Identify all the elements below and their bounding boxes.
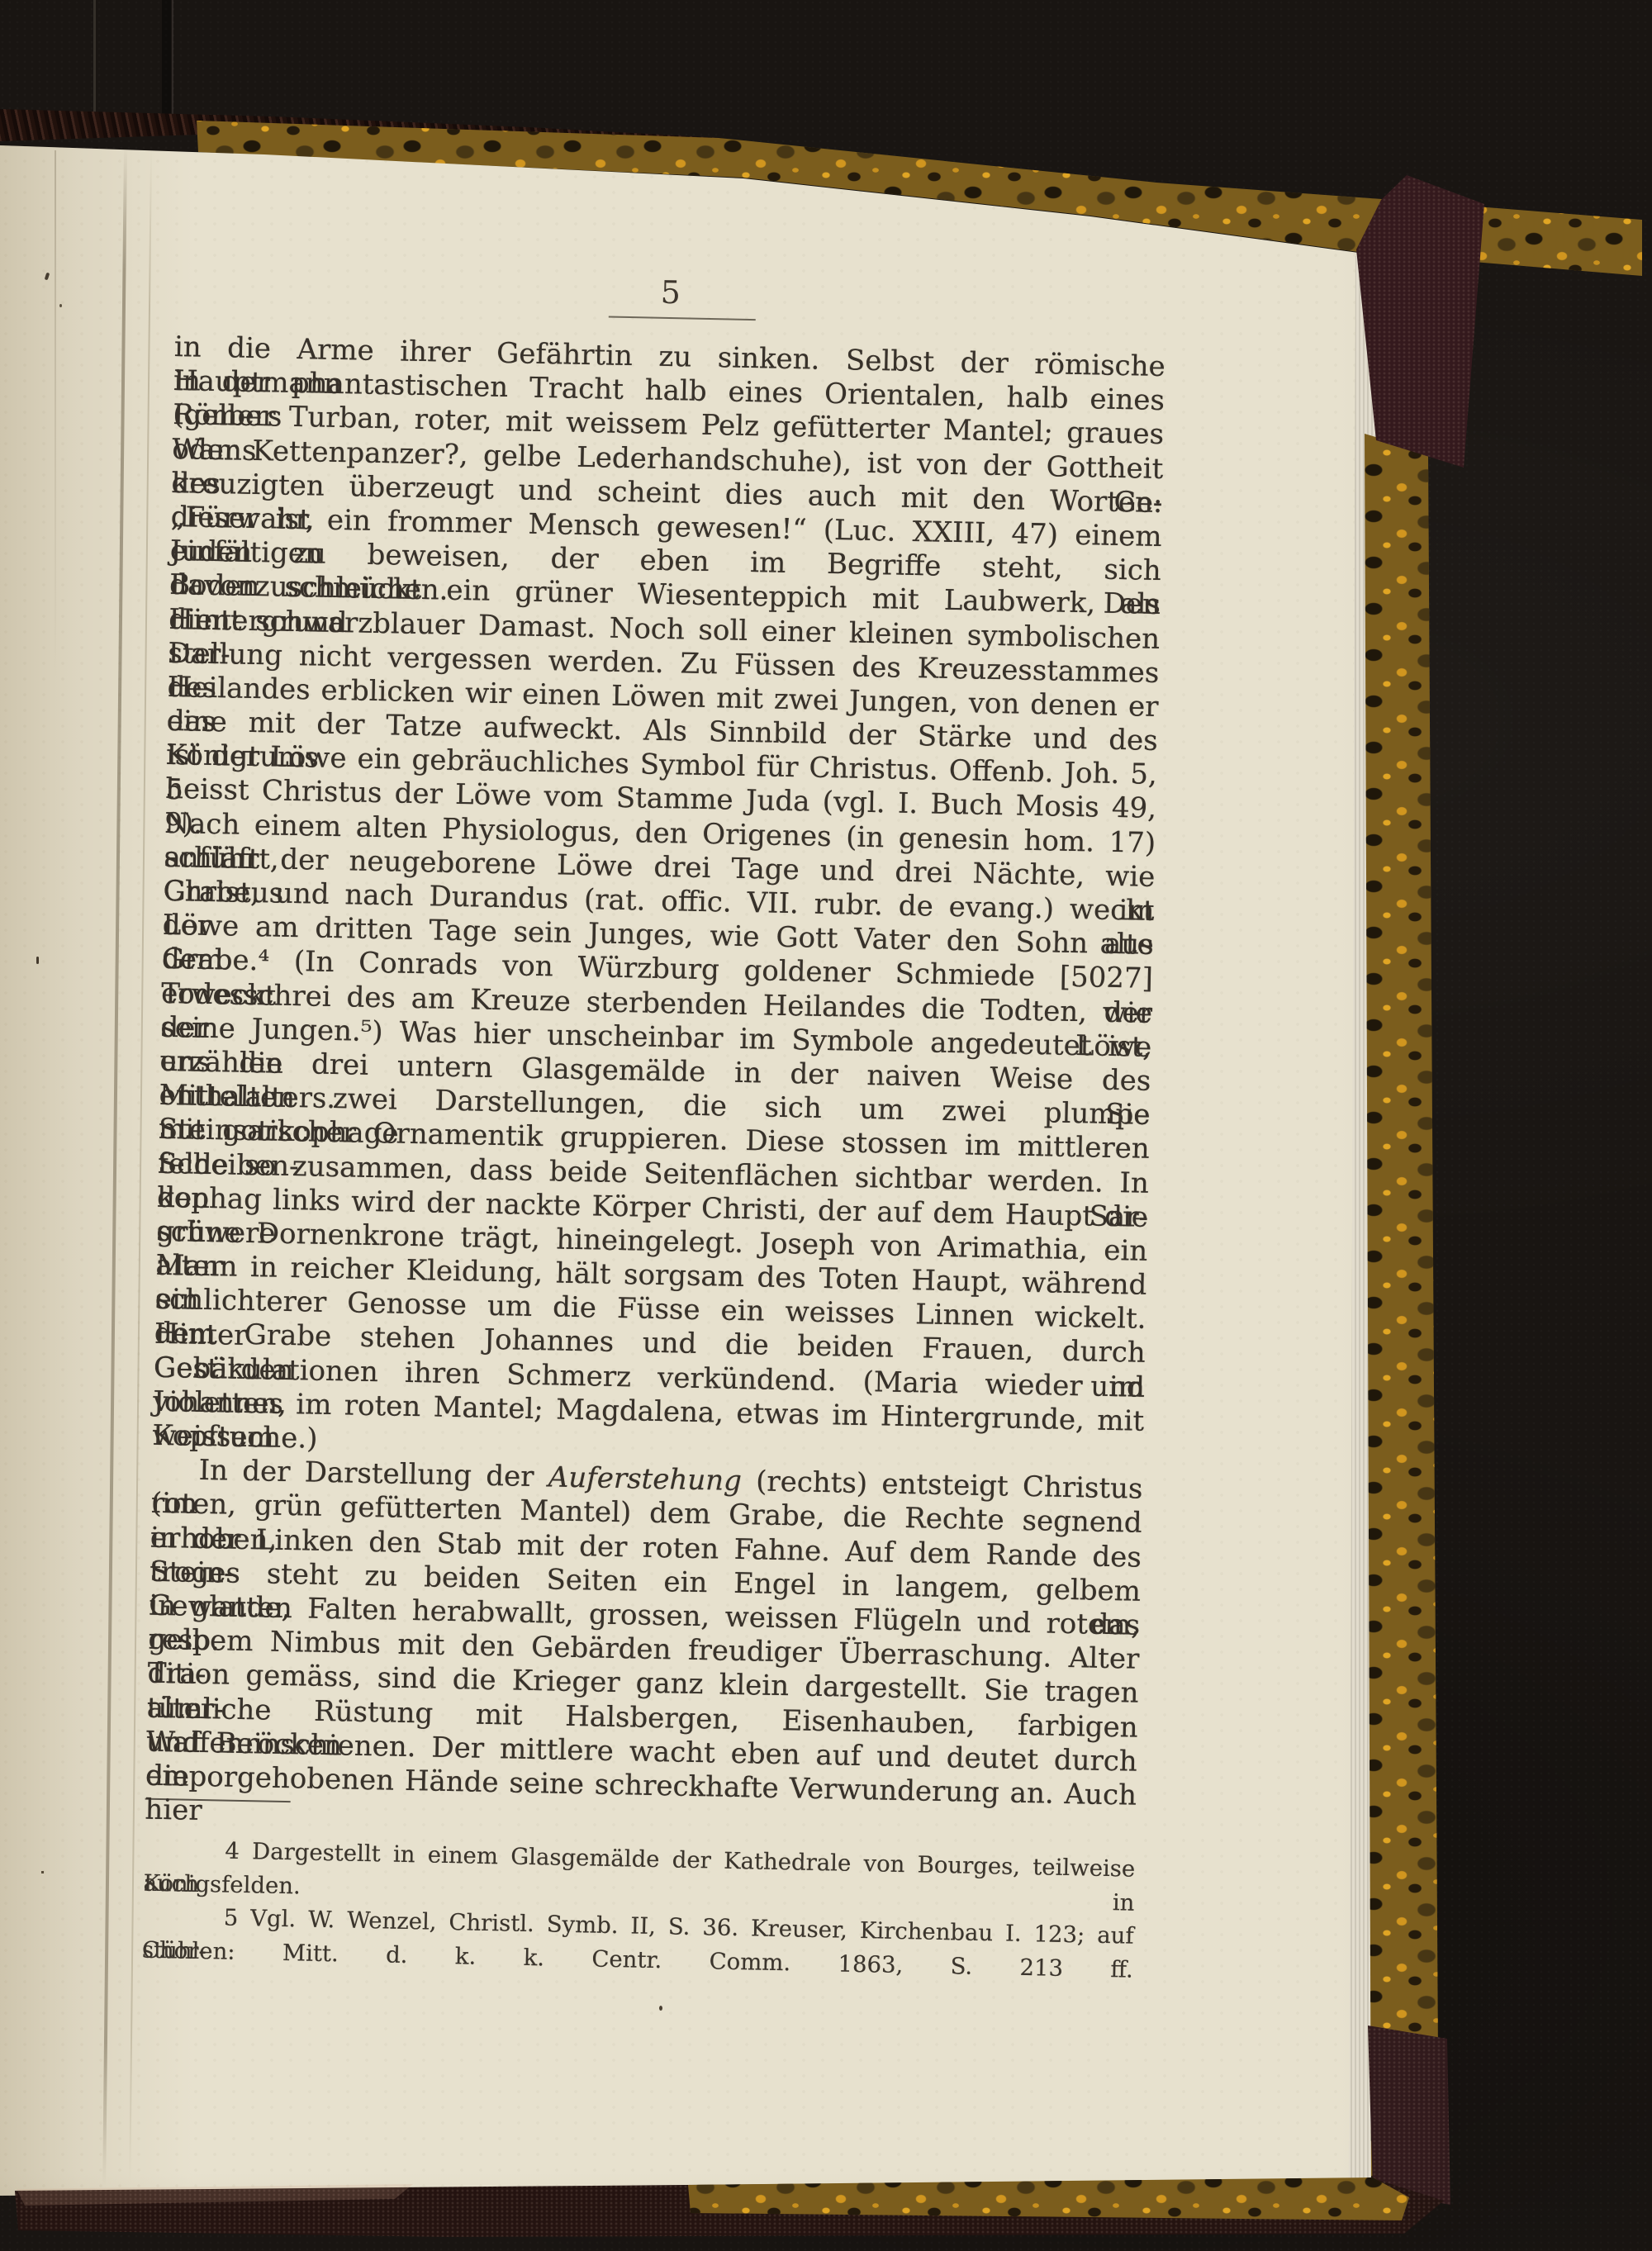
scanned-book-page: 5 in die Arme ihrer Gefährtin zu sinken.… — [0, 0, 1652, 2251]
ink-speck — [59, 304, 62, 307]
cover-groove-highlight — [93, 0, 96, 121]
cover-groove-shadow — [162, 0, 171, 130]
ink-speck — [41, 1871, 44, 1873]
cover-groove-highlight — [172, 0, 173, 131]
gutter-fold-line — [55, 150, 56, 679]
page-number-rule — [609, 316, 756, 321]
page-content: 5 in die Arme ihrer Gefährtin zu sinken.… — [142, 263, 1167, 1987]
footnotes-block: 4 Dargestellt in einem Glasgemälde der K… — [142, 1833, 1136, 1987]
text-block: in die Arme ihrer Gefährtin zu sinken. S… — [145, 330, 1165, 1813]
ink-speck — [36, 957, 39, 964]
ink-speck — [659, 2006, 662, 2011]
